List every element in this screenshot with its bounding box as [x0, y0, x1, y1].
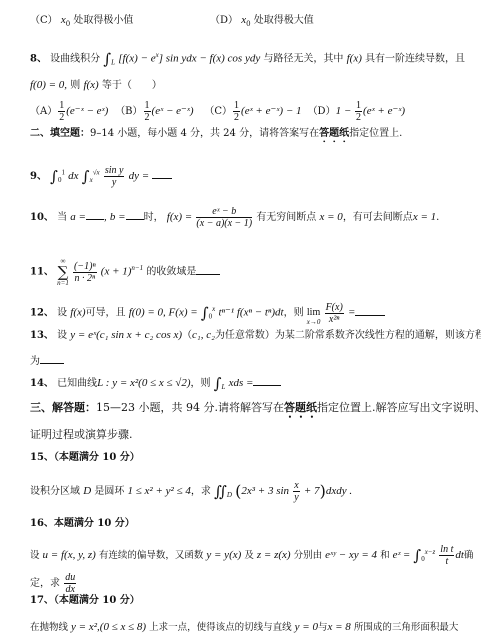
- integral-sign: ∫: [103, 50, 111, 68]
- answer-blank-a[interactable]: [86, 209, 104, 220]
- numerator: du: [64, 572, 76, 584]
- question-text: ，有可去间断点: [343, 212, 413, 223]
- question-text: 和: [380, 550, 390, 561]
- question-text: 具有一阶连续导数，且: [365, 53, 465, 64]
- fraction: ln tt: [439, 544, 454, 567]
- math-expr: (eˣ + e⁻ˣ): [363, 105, 405, 117]
- q7-option-c: （C） x0 处取得极小值: [30, 13, 133, 31]
- math-expr: D: [83, 485, 91, 497]
- subscript: L: [111, 58, 115, 66]
- option-a: （A）12(e⁻ˣ − eˣ): [30, 100, 112, 123]
- numerator: 1: [58, 100, 65, 112]
- section-3-line2: 证明过程或演算步骤.: [30, 428, 133, 442]
- question-text: 设积分区域: [30, 486, 80, 497]
- answer-blank-b[interactable]: [126, 209, 144, 220]
- fraction: 12: [233, 100, 240, 123]
- subscript: 0: [58, 176, 62, 184]
- numerator: F(x): [325, 302, 344, 314]
- question-header: 16、本题满分 10 分）: [30, 518, 135, 529]
- question-number: 14、: [30, 378, 54, 389]
- question-13: 13、 设 y = eˣ(c₁ sin x + c₂ cos x)（c₁, c₂…: [30, 328, 481, 343]
- math-expr: (eˣ + e⁻ˣ): [241, 105, 283, 117]
- question-text: 为: [30, 356, 40, 367]
- denominator: y: [293, 492, 299, 503]
- lim-subscript: x→0: [307, 318, 321, 326]
- emphasis: 答题纸: [284, 401, 317, 414]
- subscript: 0: [209, 313, 213, 321]
- colon: ：: [80, 128, 90, 139]
- denominator: y: [104, 177, 125, 188]
- math-expr: − 1: [283, 105, 301, 117]
- integral-sign: ∫: [82, 168, 90, 186]
- math-expr: 1 −: [336, 105, 354, 117]
- denominator: n · 2ⁿ: [73, 273, 97, 284]
- denominator: 2: [144, 112, 151, 123]
- question-12: 12、 设 f(x)可导，且 f(0) = 0, F(x) = ∫0x tⁿ⁻¹…: [30, 300, 385, 326]
- superscript: √x: [93, 169, 100, 177]
- fraction: 12: [355, 100, 362, 123]
- option-label: （C）: [30, 15, 58, 26]
- option-label: （C）: [204, 106, 232, 117]
- question-text: 等于（ ）: [102, 80, 162, 91]
- section-desc: 证明过程或演算步骤.: [30, 428, 133, 441]
- denominator: 2: [58, 112, 65, 123]
- section-desc: 指定位置上.: [349, 128, 402, 139]
- question-text: 设曲线积分: [50, 53, 100, 64]
- question-number: 10、: [30, 212, 54, 223]
- period: .: [436, 212, 439, 223]
- question-text: 当: [57, 212, 67, 223]
- option-label: （D）: [210, 15, 238, 26]
- lim-label: lim: [307, 307, 321, 318]
- option-label: （D）: [308, 106, 336, 117]
- numerator: 1: [233, 100, 240, 112]
- math-expr: y = eˣ(c₁ sin x + c₂ cos x): [70, 329, 182, 341]
- question-text: 及: [244, 550, 254, 561]
- question-text: 与路径无关，其中: [263, 53, 343, 64]
- superscript: 1: [61, 169, 65, 177]
- subscript: D: [227, 491, 232, 499]
- summation: ∞∑n=1: [57, 257, 69, 287]
- math-expr: y = x²,(0 ≤ x ≤ 8): [71, 621, 146, 633]
- math-expr: x = 8: [327, 621, 350, 633]
- question-number: 13、: [30, 330, 54, 341]
- denominator: t: [439, 556, 454, 567]
- subscript: x: [90, 176, 93, 184]
- subscript: 0: [246, 20, 250, 28]
- section-3-header: 三、解答题：15—23 小题，共 94 分.请将解答写在答题纸指定位置上.解答应…: [30, 401, 481, 421]
- numerator: sin y: [104, 165, 125, 177]
- subscript: 0: [421, 555, 425, 563]
- section-2-header: 二、填空题：9–14 小题，每小题 4 分，共 24 分，请将答案写在答题纸指定…: [30, 127, 402, 145]
- option-b: （B）12(eˣ − e⁻ˣ): [115, 100, 201, 123]
- integral-sign: ∫: [50, 168, 58, 186]
- question-header: 17、（本题满分 10 分）: [30, 595, 140, 606]
- math-expr: (x + 1): [101, 266, 132, 278]
- colon: ：: [85, 401, 96, 414]
- numerator: eˣ − b: [196, 206, 252, 218]
- answer-blank[interactable]: [196, 264, 220, 275]
- superscript: x: [212, 305, 215, 313]
- question-header: 15、（本题满分 10 分）: [30, 452, 140, 463]
- fraction: eˣ − b(x − a)(x − 1): [196, 206, 252, 229]
- superscript: x−z: [425, 548, 436, 556]
- denominator: x²ⁿ: [325, 314, 344, 325]
- denominator: (x − a)(x − 1): [196, 218, 252, 229]
- question-text: 在抛物线: [30, 622, 68, 633]
- math-expr: eᶻ =: [393, 549, 411, 561]
- math-expr: y = y(x): [206, 549, 241, 561]
- math-expr: f(x): [83, 79, 98, 91]
- question-8-line2: f(0) = 0, 则 f(x) 等于（ ）: [30, 78, 162, 93]
- option-label: （B）: [115, 106, 142, 117]
- math-expr: [f(x) − e: [118, 52, 155, 64]
- math-expr: f(0) = 0, F(x) =: [129, 307, 198, 319]
- answer-blank[interactable]: [152, 168, 172, 179]
- q7-option-d: （D） x0 处取得极大值: [210, 13, 314, 31]
- question-16-line2: 定，求 dudx: [30, 572, 77, 595]
- math-expr: L : y = x²(0 ≤ x ≤ √2): [97, 377, 190, 389]
- math-expr: (e⁻ˣ − eˣ): [66, 105, 108, 117]
- fraction: sin yy: [104, 165, 125, 188]
- math-expr: u = f(x, y, z): [43, 549, 96, 561]
- section-desc: 指定位置上.解答应写出文字说明、: [317, 401, 481, 414]
- question-number: 8、: [30, 53, 47, 64]
- subscript: L: [222, 383, 226, 391]
- superscript: n−1: [131, 264, 143, 272]
- sum-lower: n=1: [57, 279, 69, 287]
- integral-sign: ∫: [201, 304, 209, 322]
- question-9: 9、 ∫01 dx ∫x√x sin yy dy =: [30, 165, 172, 188]
- question-15-header: 15、（本题满分 10 分）: [30, 451, 140, 465]
- separator: ,: [104, 211, 107, 223]
- question-10: 10、 当 a =, b =时， f(x) = eˣ − b(x − a)(x …: [30, 206, 439, 229]
- math-expr: c₁, c₂: [192, 329, 215, 341]
- numerator: 1: [144, 100, 151, 112]
- math-expr: dy =: [129, 170, 150, 182]
- question-number: 11、: [30, 267, 54, 278]
- option-label: （A）: [30, 106, 57, 117]
- question-text: 设: [57, 330, 67, 341]
- question-8: 8、 设曲线积分 ∫L [f(x) − ex] sin ydx − f(x) c…: [30, 48, 465, 69]
- math-expr: f(x) =: [167, 211, 192, 223]
- numerator: (−1)ⁿ: [73, 261, 97, 273]
- limit: limx→0: [307, 300, 321, 326]
- math-expr: xds =: [229, 377, 254, 389]
- option-text: 处取得极小值: [73, 15, 133, 26]
- question-13-line2: 为: [30, 353, 64, 369]
- math-expr: f(x): [347, 52, 362, 64]
- question-text: 定，求: [30, 578, 60, 589]
- question-text: 的收敛域是: [146, 267, 196, 278]
- math-expr: dt: [455, 549, 464, 561]
- math-expr: z = z(x): [257, 549, 291, 561]
- question-text: ，则: [284, 308, 304, 319]
- numerator: ln t: [439, 544, 454, 556]
- question-text: ，则: [191, 378, 211, 389]
- answer-blank[interactable]: [40, 353, 64, 364]
- section-desc: 15—23 小题，共 94 分.请将解答写在: [96, 401, 284, 414]
- math-expr: =: [348, 307, 355, 319]
- math-expr: a =: [70, 211, 86, 223]
- question-number: 12、: [30, 308, 54, 319]
- numerator: 1: [355, 100, 362, 112]
- denominator: 2: [233, 112, 240, 123]
- question-text: 是圆环: [94, 486, 124, 497]
- fraction: xy: [293, 480, 299, 503]
- question-text: ，求: [191, 486, 211, 497]
- math-expr: 2x³ + 3 sin: [241, 485, 289, 497]
- math-expr: eˣʸ − xy = 4: [325, 549, 377, 561]
- math-expr: (eˣ − e⁻ˣ): [152, 105, 194, 117]
- question-17: 在抛物线 y = x²,(0 ≤ x ≤ 8) 上求一点，使得该点的切线与直线 …: [30, 620, 458, 635]
- math-expr: tⁿ⁻¹ f(xⁿ − tⁿ)dt: [218, 307, 283, 319]
- question-11: 11、 ∞∑n=1 (−1)ⁿn · 2ⁿ (x + 1)n−1 的收敛域是: [30, 257, 220, 287]
- section-title: 三、解答题: [30, 401, 85, 414]
- question-text: 则: [70, 80, 80, 91]
- question-text: 可导，且: [86, 308, 126, 319]
- question-text: 有连续的偏导数，又函数: [99, 550, 204, 561]
- option-text: 处取得极大值: [254, 15, 314, 26]
- math-expr: dx: [68, 170, 78, 182]
- math-expr: f(x): [70, 307, 85, 319]
- question-15: 设积分区域 D 是圆环 1 ≤ x² + y² ≤ 4，求 ∬D (2x³ + …: [30, 480, 352, 503]
- math-expr: b =: [110, 211, 126, 223]
- question-text: 为任意常数）为某二阶常系数齐次线性方程的通解，则该方程: [215, 330, 481, 341]
- section-title: 二、填空题: [30, 128, 80, 139]
- math-expr: x = 1: [413, 211, 436, 223]
- question-text: 分别由: [294, 550, 323, 561]
- denominator: 2: [355, 112, 362, 123]
- subscript: 0: [66, 20, 70, 28]
- question-text: 已知曲线: [57, 378, 97, 389]
- double-integral-sign: ∬: [214, 483, 227, 501]
- fraction: dudx: [64, 572, 76, 595]
- math-expr: x = 0: [320, 211, 343, 223]
- question-text: 时，: [144, 212, 164, 223]
- answer-blank[interactable]: [253, 375, 281, 386]
- question-text: 有无穷间断点: [256, 212, 316, 223]
- question-16-header: 16、本题满分 10 分）: [30, 517, 135, 531]
- option-c: （C）12(eˣ + e⁻ˣ) − 1: [204, 100, 304, 123]
- integral-sign: ∫: [214, 375, 222, 393]
- math-expr: y = 0: [295, 621, 318, 633]
- answer-blank[interactable]: [355, 305, 385, 316]
- math-expr: + 7: [304, 485, 320, 497]
- fraction: (−1)ⁿn · 2ⁿ: [73, 261, 97, 284]
- question-14: 14、 已知曲线L : y = x²(0 ≤ x ≤ √2)，则 ∫L xds …: [30, 375, 281, 394]
- math-expr: ] sin ydx − f(x) cos ydy: [159, 52, 261, 64]
- math-expr: 1 ≤ x² + y² ≤ 4: [128, 485, 191, 497]
- section-desc: 9–14 小题，每小题 4 分，共 24 分，请将答案写在: [90, 128, 319, 139]
- math-expr: dxdy .: [326, 485, 352, 497]
- question-number: 9、: [30, 171, 47, 182]
- question-text: 所围成的三角形面积最大: [354, 622, 459, 633]
- numerator: x: [293, 480, 299, 492]
- emphasis: 答题纸: [319, 128, 349, 139]
- sigma-sign: ∑: [57, 265, 69, 279]
- option-d: （D）1 − 12(eˣ + e⁻ˣ): [308, 100, 406, 123]
- fraction: 12: [58, 100, 65, 123]
- question-text: 设: [57, 308, 67, 319]
- math-expr: f(0) = 0,: [30, 79, 67, 91]
- fraction: 12: [144, 100, 151, 123]
- question-8-options: （A）12(e⁻ˣ − eˣ) （B）12(eˣ − e⁻ˣ) （C）12(eˣ…: [30, 100, 405, 123]
- question-text: （: [182, 330, 192, 341]
- question-17-header: 17、（本题满分 10 分）: [30, 594, 140, 608]
- question-text: 设: [30, 550, 40, 561]
- fraction: F(x)x²ⁿ: [325, 302, 344, 325]
- question-text: 确: [464, 550, 474, 561]
- question-16: 设 u = f(x, y, z) 有连续的偏导数，又函数 y = y(x) 及 …: [30, 544, 473, 567]
- question-text: 上求一点，使得该点的切线与直线: [149, 622, 292, 633]
